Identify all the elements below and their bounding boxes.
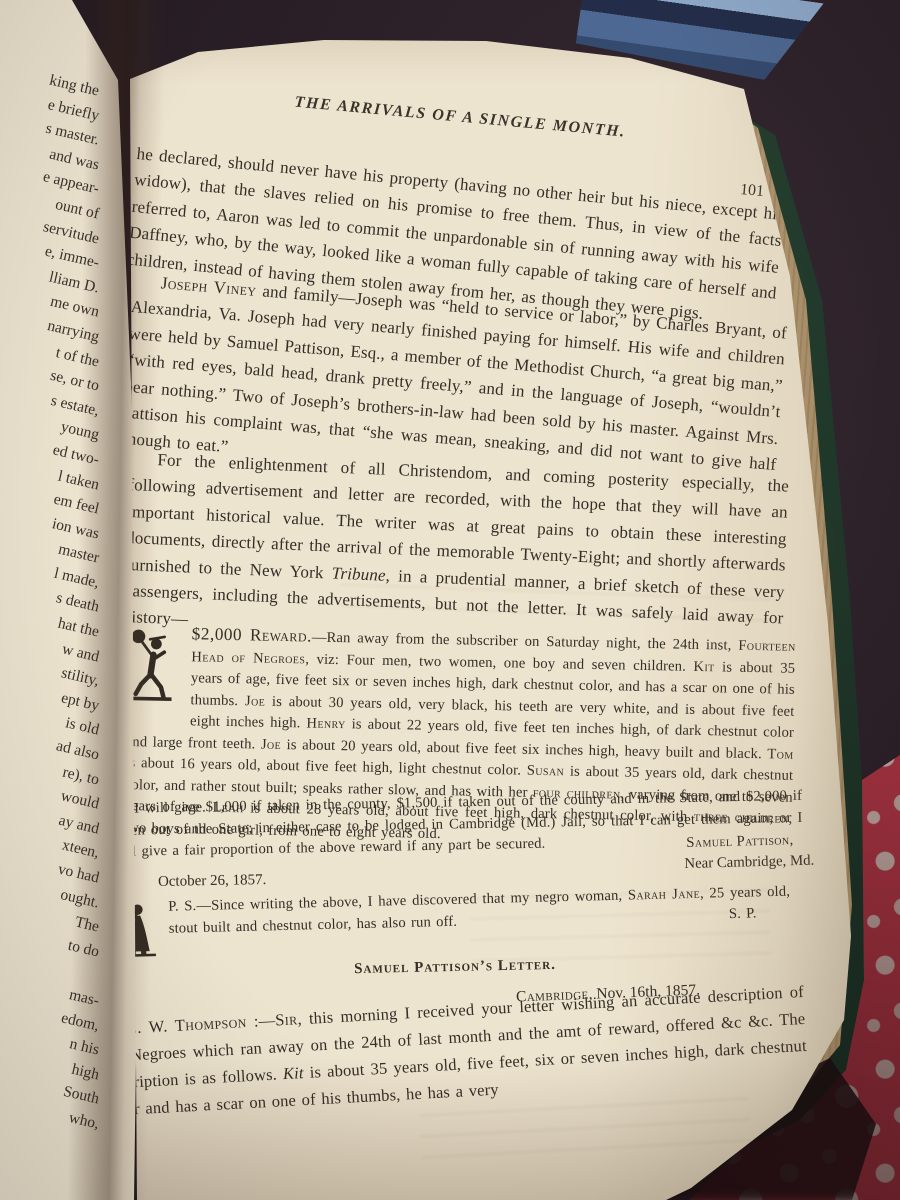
letter-body: L. W. Thompson :—Sir, this morning I rec… <box>100 978 809 1124</box>
runaway-man-woodcut-icon <box>126 624 182 715</box>
advert-signature: Samuel Pattison, Near Cambridge, Md. <box>557 830 814 879</box>
running-head: THE ARRIVALS OF A SINGLE MONTH. <box>210 86 710 149</box>
book-photo: king thee brieflys master.and wase appea… <box>0 0 900 1200</box>
postscript-initials: S. P. <box>729 903 757 925</box>
postscript-text: P. S.—Since writing the above, I have di… <box>168 884 790 937</box>
left-page-text-fragments: king thee brieflys master.and wase appea… <box>0 86 126 1144</box>
advert-date: October 26, 1857. <box>158 872 267 891</box>
